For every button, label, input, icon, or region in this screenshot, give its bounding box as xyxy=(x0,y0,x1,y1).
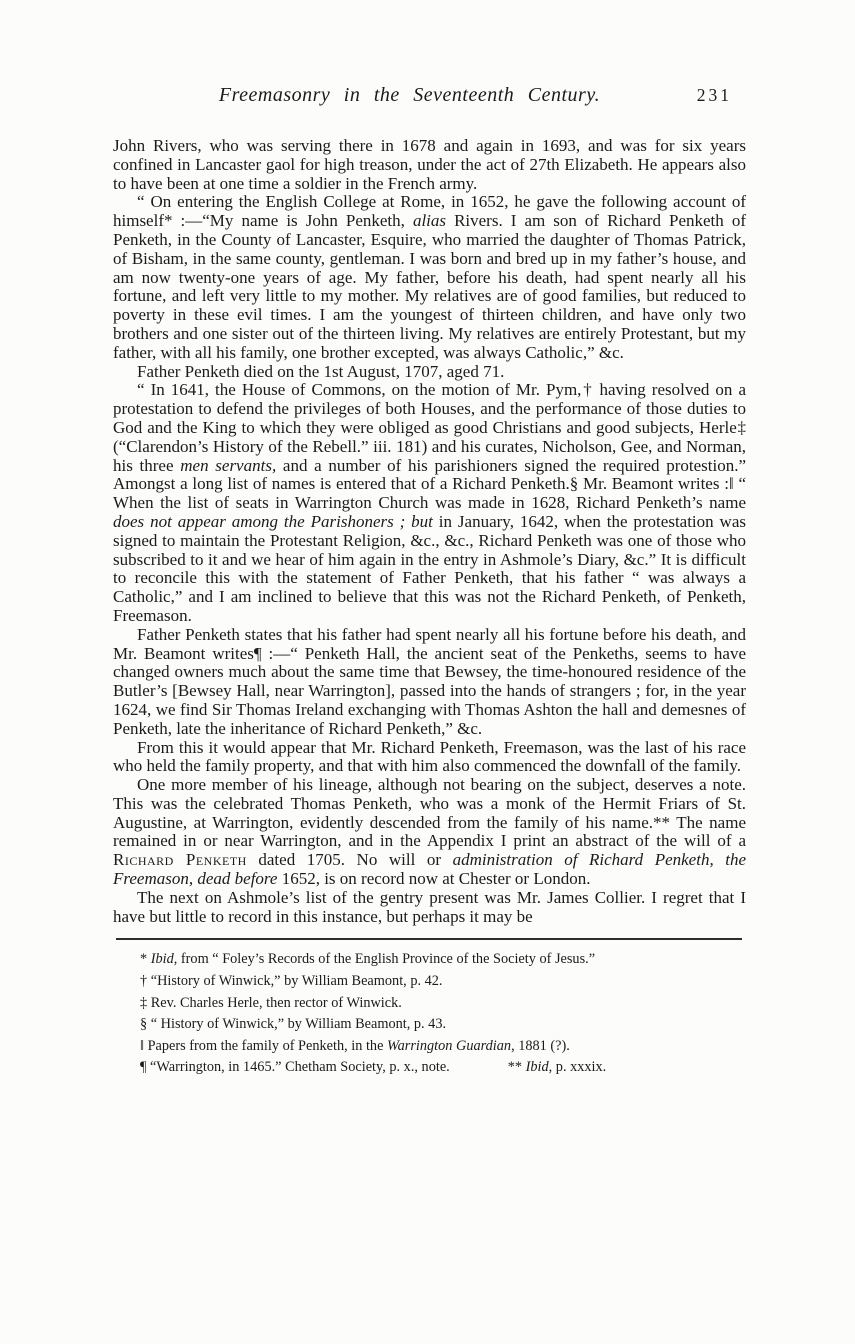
text-segment: Richard Penketh xyxy=(113,850,247,869)
paragraph: “ On entering the English College at Rom… xyxy=(113,193,746,362)
text-segment: , from “ Foley’s Records of the English … xyxy=(174,951,595,967)
page-title: Freemasonry in the Seventeenth Century. xyxy=(113,84,706,107)
text-segment: men servants, xyxy=(180,456,276,475)
paragraph: Father Penketh died on the 1st August, 1… xyxy=(113,363,746,382)
text-segment: 1652, is on record now at Chester or Lon… xyxy=(277,869,590,888)
footnote: † “History of Winwick,” by William Beamo… xyxy=(140,971,746,993)
text-segment: ‡ Rev. Charles Herle, then rector of Win… xyxy=(140,995,402,1011)
text-segment: ‖ Papers from the family of Penketh, in … xyxy=(140,1038,387,1054)
text-segment: dated 1705. No will or xyxy=(247,850,453,869)
text-segment: † “History of Winwick,” by William Beamo… xyxy=(140,973,442,989)
page-content: Freemasonry in the Seventeenth Century. … xyxy=(113,84,746,1079)
text-segment: From this it would appear that Mr. Richa… xyxy=(113,738,746,776)
text-segment: , 1881 (?). xyxy=(511,1038,570,1054)
text-segment: One more member of his lineage, although… xyxy=(113,775,746,850)
paragraph: “ In 1641, the House of Commons, on the … xyxy=(113,381,746,625)
paragraph: John Rivers, who was serving there in 16… xyxy=(113,137,746,193)
text-segment: The next on Ashmole’s list of the gentry… xyxy=(113,888,746,926)
text-segment: ¶ “Warrington, in 1465.” Chetham Society… xyxy=(140,1059,450,1075)
paragraph: From this it would appear that Mr. Richa… xyxy=(113,739,746,777)
text-segment: * xyxy=(140,951,151,967)
text-segment: does not appear among the Parishoners ; … xyxy=(113,512,433,531)
text-segment: Father Penketh states that his father ha… xyxy=(113,625,746,738)
footnotes: * Ibid, from “ Foley’s Records of the En… xyxy=(113,949,746,1079)
footnote: § “ History of Winwick,” by William Beam… xyxy=(140,1014,746,1036)
text-segment: § “ History of Winwick,” by William Beam… xyxy=(140,1016,446,1032)
body-text: John Rivers, who was serving there in 16… xyxy=(113,137,746,926)
paragraph: The next on Ashmole’s list of the gentry… xyxy=(113,889,746,927)
text-segment: Father Penketh died on the 1st August, 1… xyxy=(137,362,504,381)
paragraph: One more member of his lineage, although… xyxy=(113,776,746,889)
paragraph: Father Penketh states that his father ha… xyxy=(113,626,746,739)
text-segment: , p. xxxix. xyxy=(549,1059,607,1075)
text-segment: Ibid xyxy=(526,1059,549,1075)
footnote: ‡ Rev. Charles Herle, then rector of Win… xyxy=(140,993,746,1015)
footnote-rule xyxy=(116,938,742,940)
footnote: ¶ “Warrington, in 1465.” Chetham Society… xyxy=(140,1057,746,1079)
text-segment: ** xyxy=(508,1059,526,1075)
footnote: ‖ Papers from the family of Penketh, in … xyxy=(140,1036,746,1058)
text-segment: Rivers. I am son of Richard Penketh of P… xyxy=(113,211,746,362)
text-segment: alias xyxy=(413,211,446,230)
text-segment: Ibid xyxy=(151,951,174,967)
text-segment: John Rivers, who was serving there in 16… xyxy=(113,136,746,193)
page-number: 231 xyxy=(697,85,732,106)
text-segment: Warrington Guardian xyxy=(387,1038,511,1054)
running-header: Freemasonry in the Seventeenth Century. … xyxy=(113,84,746,114)
scanned-book-page: Freemasonry in the Seventeenth Century. … xyxy=(0,0,855,1344)
footnote: * Ibid, from “ Foley’s Records of the En… xyxy=(140,949,746,971)
